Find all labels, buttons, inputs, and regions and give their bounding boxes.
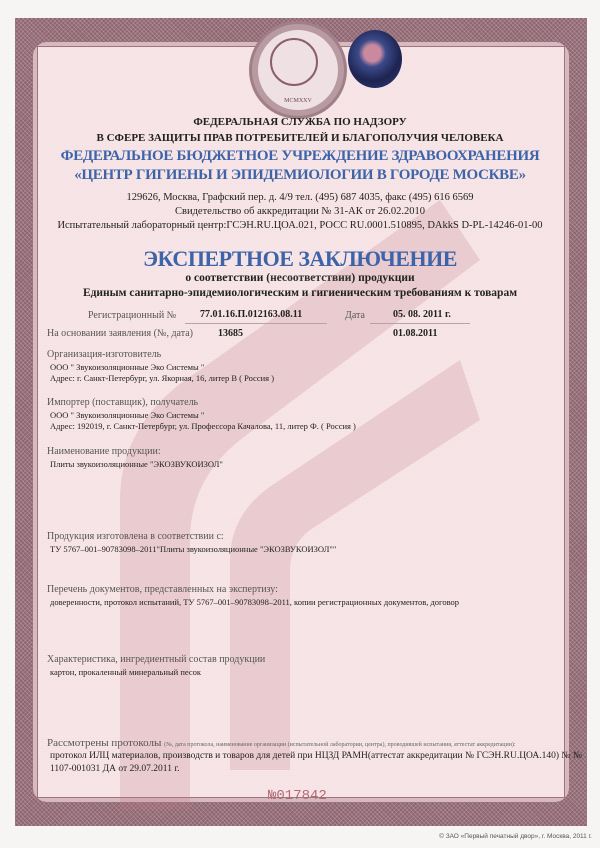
hologram-icon: [348, 30, 402, 88]
institution-center: «ЦЕНТР ГИГИЕНЫ И ЭПИДЕМИОЛОГИИ В ГОРОДЕ …: [0, 167, 600, 184]
protocols-line-1: протокол ИЛЦ материалов, производств и т…: [50, 751, 582, 761]
institution-name: ФЕДЕРАЛЬНОЕ БЮДЖЕТНОЕ УЧРЕЖДЕНИЕ ЗДРАВОО…: [0, 148, 600, 165]
manufacturer-name: ООО " Звукоизоляционные Эко Системы ": [50, 362, 204, 372]
documents-label: Перечень документов, представленных на э…: [47, 584, 278, 595]
accreditation-certificate: Свидетельство об аккредитации № 31-АК от…: [0, 206, 600, 217]
document-subtitle: о соответствии (несоответствии) продукци…: [0, 272, 600, 284]
application-number: 13685: [218, 328, 243, 339]
product-name-label: Наименование продукции:: [47, 446, 161, 457]
protocols-line-2: 1107-001031 ДА от 29.07.2011 г.: [50, 764, 180, 774]
protocols-label: Рассмотрены протоколы (№, дата протокола…: [47, 737, 516, 749]
composition-label: Характеристика, ингредиентный состав про…: [47, 654, 265, 665]
date-underline: [370, 323, 470, 324]
document-title: ЭКСПЕРТНОЕ ЗАКЛЮЧЕНИЕ: [0, 246, 600, 272]
composition-value: картон, прокаленный минеральный песок: [50, 667, 201, 677]
reg-label: Регистрационный №: [88, 310, 176, 321]
application-label: На основании заявления (№, дата): [47, 328, 193, 339]
standard-label: Продукция изготовлена в соответствии с:: [47, 531, 224, 542]
importer-name: ООО " Звукоизоляционные Эко Системы ": [50, 410, 204, 420]
importer-label: Импортер (поставщик), получатель: [47, 397, 198, 408]
product-name: Плиты звукоизоляционные "ЭКОЗВУКОИЗОЛ": [50, 459, 223, 469]
date-label: Дата: [345, 310, 365, 321]
header-line-1: ФЕДЕРАЛЬНАЯ СЛУЖБА ПО НАДЗОРУ: [0, 116, 600, 128]
application-date: 01.08.2011: [393, 328, 437, 339]
seal-year: MCMXXV: [258, 98, 338, 104]
header-line-2: В СФЕРЕ ЗАЩИТЫ ПРАВ ПОТРЕБИТЕЛЕЙ И БЛАГО…: [0, 132, 600, 144]
date-value: 05. 08. 2011 г.: [393, 309, 451, 320]
subtitle-struck: несоответствии: [270, 272, 351, 284]
serial-number: №017842: [268, 788, 327, 804]
subtitle-suffix: ) продукции: [351, 272, 414, 284]
protocols-label-text: Рассмотрены протоколы: [47, 737, 161, 749]
seal-emblem-icon: MCMXXV: [252, 24, 344, 116]
importer-address: Адрес: 192019, г. Санкт-Петербург, ул. П…: [50, 421, 356, 431]
subtitle-prefix: о соответствии (: [185, 272, 270, 284]
protocols-hint: (№, дата протокола, наименование организ…: [164, 742, 515, 748]
lab-accreditation: Испытательный лабораторный центр:ГСЭН.RU…: [0, 220, 600, 231]
standard-value: ТУ 5767–001–90783098–2011"Плиты звукоизо…: [50, 544, 336, 554]
document-subtitle-2: Единым санитарно-эпидемиологическим и ги…: [0, 287, 600, 299]
printer-copyright: © ЗАО «Первый печатный двор», г. Москва,…: [439, 833, 592, 840]
documents-value: доверенности, протокол испытаний, ТУ 576…: [50, 597, 459, 607]
institution-address: 129626, Москва, Графский пер. д. 4/9 тел…: [0, 192, 600, 203]
reg-number: 77.01.16.П.012163.08.11: [200, 309, 302, 320]
reg-underline: [185, 323, 327, 324]
manufacturer-label: Организация-изготовитель: [47, 349, 161, 360]
manufacturer-address: Адрес: г. Санкт-Петербург, ул. Якорная, …: [50, 373, 274, 383]
